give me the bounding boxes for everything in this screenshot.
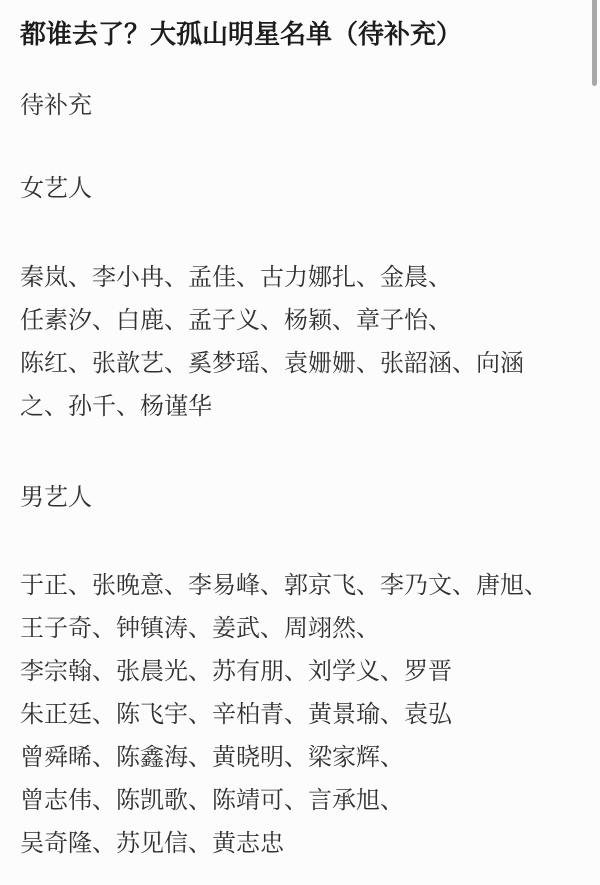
name-list-line: 朱正廷、陈飞宇、辛柏青、黄景瑜、袁弘	[20, 693, 575, 736]
name-list-line: 曾志伟、陈凯歌、陈靖可、言承旭、	[20, 779, 575, 822]
section-heading-male: 男艺人	[20, 476, 575, 519]
article-title: 都谁去了？大孤山明星名单（待补充）	[20, 14, 575, 54]
name-list-line: 李宗翰、张晨光、苏有朋、刘学义、罗晋	[20, 650, 575, 693]
name-list-line: 陈红、张歆艺、奚梦瑶、袁姗姗、张韶涵、向涵	[20, 342, 575, 385]
male-artist-list: 于正、张晚意、李易峰、郭京飞、李乃文、唐旭、 王子奇、钟镇涛、姜武、周翊然、 李…	[20, 564, 575, 865]
name-list-line: 之、孙千、杨谨华	[20, 385, 575, 428]
scrollbar-thumb[interactable]	[592, 0, 597, 86]
article-body: 都谁去了？大孤山明星名单（待补充） 待补充 女艺人 秦岚、李小冉、孟佳、古力娜扎…	[0, 0, 600, 865]
name-list-line: 于正、张晚意、李易峰、郭京飞、李乃文、唐旭、	[20, 564, 575, 607]
female-artist-list: 秦岚、李小冉、孟佳、古力娜扎、金晨、 任素汐、白鹿、孟子义、杨颖、章子怡、 陈红…	[20, 256, 575, 428]
name-list-line: 秦岚、李小冉、孟佳、古力娜扎、金晨、	[20, 256, 575, 299]
section-heading-female: 女艺人	[20, 167, 575, 210]
name-list-line: 曾舜晞、陈鑫海、黄晓明、梁家辉、	[20, 736, 575, 779]
article-page: { "page": { "background": "#fcfcfc", "te…	[0, 0, 600, 885]
status-note: 待补充	[20, 84, 575, 127]
name-list-line: 吴奇隆、苏见信、黄志忠	[20, 822, 575, 865]
name-list-line: 任素汐、白鹿、孟子义、杨颖、章子怡、	[20, 299, 575, 342]
name-list-line: 王子奇、钟镇涛、姜武、周翊然、	[20, 607, 575, 650]
